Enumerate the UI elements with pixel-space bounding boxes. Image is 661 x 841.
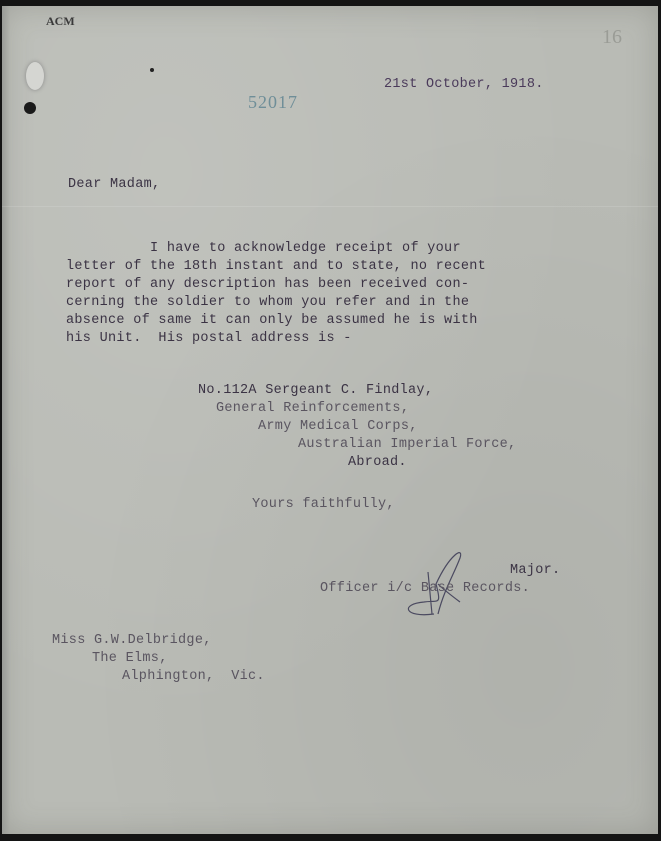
body-line: his Unit. His postal address is -: [66, 330, 352, 348]
body-line: I have to acknowledge receipt of your: [66, 240, 461, 258]
letter-page: ACM 16 52017 21st October, 1918. Dear Ma…: [2, 6, 658, 834]
address-line: Australian Imperial Force,: [298, 436, 516, 454]
address-line: No.112A Sergeant C. Findlay,: [198, 382, 433, 400]
body-line: letter of the 18th instant and to state,…: [66, 258, 486, 276]
signatory-title: Officer i/c Base Records.: [320, 580, 530, 598]
paper-edge-shadow: [2, 6, 10, 834]
typist-initials: ACM: [46, 14, 75, 29]
letter-date: 21st October, 1918.: [384, 76, 544, 94]
recipient-locality: Alphington, Vic.: [122, 668, 265, 686]
recipient-house: The Elms,: [92, 650, 168, 668]
punch-hole-top: [26, 62, 44, 90]
signatory-rank: Major.: [510, 562, 560, 580]
body-line: report of any description has been recei…: [66, 276, 469, 294]
punch-hole-bottom: [24, 102, 36, 114]
body-line: cerning the soldier to whom you refer an…: [66, 294, 469, 312]
reference-number-stamp: 52017: [248, 92, 298, 113]
salutation: Dear Madam,: [68, 176, 160, 194]
folio-number-mark: 16: [602, 26, 622, 49]
body-line: absence of same it can only be assumed h…: [66, 312, 478, 330]
address-line: Army Medical Corps,: [258, 418, 418, 436]
closing: Yours faithfully,: [252, 496, 395, 514]
paper-fold-line: [2, 206, 658, 207]
ink-speck: [150, 68, 154, 72]
recipient-name: Miss G.W.Delbridge,: [52, 632, 212, 650]
address-line: Abroad.: [348, 454, 407, 472]
address-line: General Reinforcements,: [216, 400, 409, 418]
